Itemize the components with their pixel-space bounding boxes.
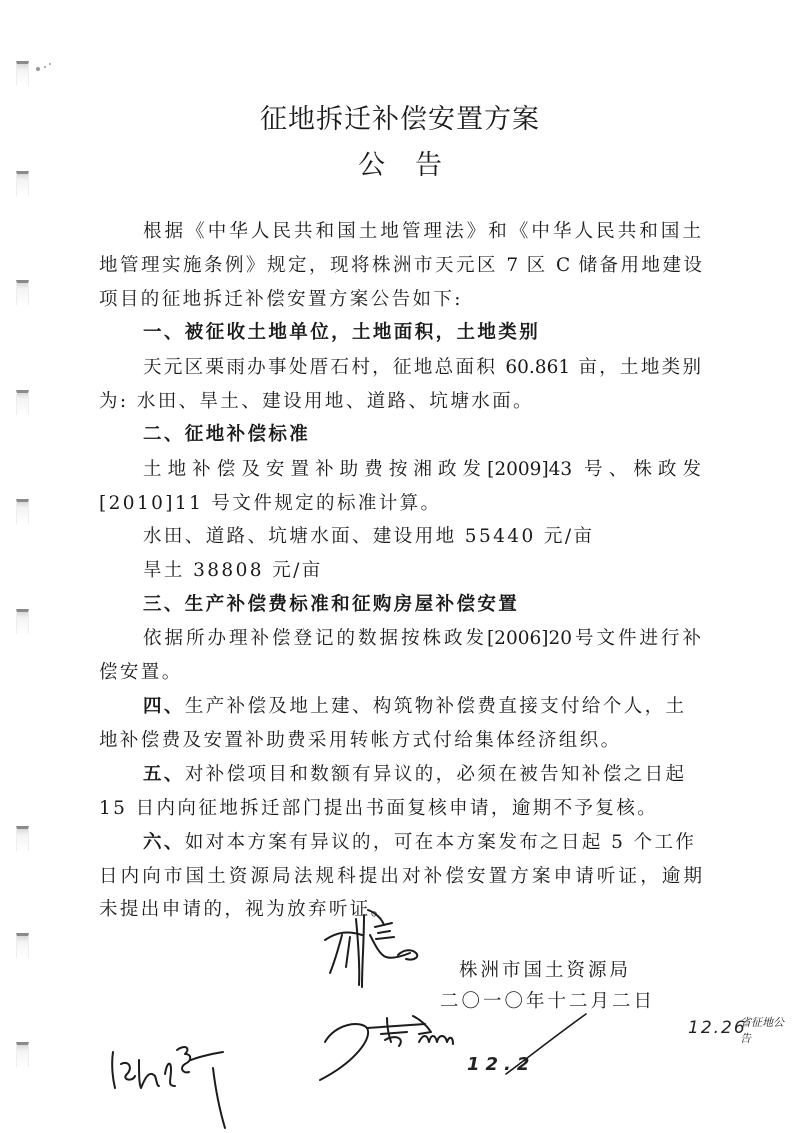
section-6-heading: 六、 <box>143 832 185 853</box>
scan-speck <box>44 66 46 68</box>
section-6-text: 如对本方案有异议的，可在本方案发布之日起 5 个工作 <box>185 832 696 853</box>
handwritten-side-note-date: 12.26 <box>688 1018 747 1038</box>
section-5-line-2: 15 日内向征地拆迁部门提出书面复核申请，逾期不予复核。 <box>99 796 658 822</box>
section-2-line-1: 土地补偿及安置补助费按湘政发[2009]43 号、株政发 <box>143 457 701 483</box>
binder-hole-mark <box>16 280 29 305</box>
intro-line-2: 地管理实施条例》规定，现将株洲市天元区 7 区 C 储备用地建设 <box>99 253 702 279</box>
handwritten-signature-1 <box>320 905 430 990</box>
section-6-line-2: 日内向市国土资源局法规科提出对补偿安置方案申请听证，逾期 <box>99 864 702 890</box>
binder-hole-mark <box>16 390 29 415</box>
section-4-line-1: 四、生产补偿及地上建、构筑物补偿费直接支付给个人，土 <box>143 694 701 720</box>
scan-speck <box>49 63 51 65</box>
section-1-line-1: 天元区栗雨办事处厝石村，征地总面积 60.861 亩，土地类别 <box>143 355 701 381</box>
handwritten-check-stroke <box>500 1012 590 1082</box>
binder-hole-mark <box>16 499 29 524</box>
section-2-heading: 二、征地补偿标准 <box>143 422 310 448</box>
binder-hole-mark <box>16 933 29 958</box>
scan-speck <box>36 67 40 71</box>
handwritten-signature-2 <box>315 1012 475 1082</box>
section-2-line-2: [2010]11 号文件规定的标准计算。 <box>99 491 441 517</box>
binder-hole-mark <box>16 609 29 634</box>
scanned-document-page: 征地拆迁补偿安置方案 公告 根据《中华人民共和国土地管理法》和《中华人民共和国土… <box>0 0 800 1133</box>
binder-hole-mark <box>16 61 29 86</box>
section-5-text: 对补偿项目和数额有异议的，必须在被告知补偿之日起 <box>185 764 687 785</box>
handwritten-side-note-text: 省征地公告 <box>740 1015 792 1047</box>
intro-line-3: 项目的征地拆迁补偿安置方案公告如下: <box>99 287 463 313</box>
binder-hole-mark <box>16 1042 29 1067</box>
section-4-text: 生产补偿及地上建、构筑物补偿费直接支付给个人，土 <box>185 696 687 717</box>
section-3-heading: 三、生产补偿费标准和征购房屋补偿安置 <box>143 592 519 618</box>
handwritten-signature-3 <box>105 1040 245 1133</box>
section-4-heading: 四、 <box>143 696 185 717</box>
section-1-line-2: 为: 水田、旱土、建设用地、道路、坑塘水面。 <box>99 389 534 415</box>
section-5-line-1: 五、对补偿项目和数额有异议的，必须在被告知补偿之日起 <box>143 762 686 788</box>
intro-line-1: 根据《中华人民共和国土地管理法》和《中华人民共和国土 <box>143 219 701 245</box>
section-3-line-2: 偿安置。 <box>99 660 183 686</box>
section-4-line-2: 地补偿费及安置补助费采用转帐方式付给集体经济组织。 <box>99 728 622 754</box>
section-2-line-3: 水田、道路、坑塘水面、建设用地 55440 元/亩 <box>143 524 594 550</box>
document-subtitle: 公告 <box>0 143 800 182</box>
issue-date: 二〇一〇年十二月二日 <box>440 987 655 1013</box>
issuing-organization: 株洲市国土资源局 <box>459 956 631 982</box>
document-title: 征地拆迁补偿安置方案 <box>0 97 800 136</box>
section-5-heading: 五、 <box>143 764 185 785</box>
section-6-line-1: 六、如对本方案有异议的，可在本方案发布之日起 5 个工作 <box>143 830 696 856</box>
section-3-line-1: 依据所办理补偿登记的数据按株政发[2006]20号文件进行补 <box>143 626 701 652</box>
section-1-heading: 一、被征收土地单位，土地面积，土地类别 <box>143 320 540 346</box>
section-2-line-4: 旱土 38808 元/亩 <box>143 558 323 584</box>
binder-hole-mark <box>16 826 29 851</box>
